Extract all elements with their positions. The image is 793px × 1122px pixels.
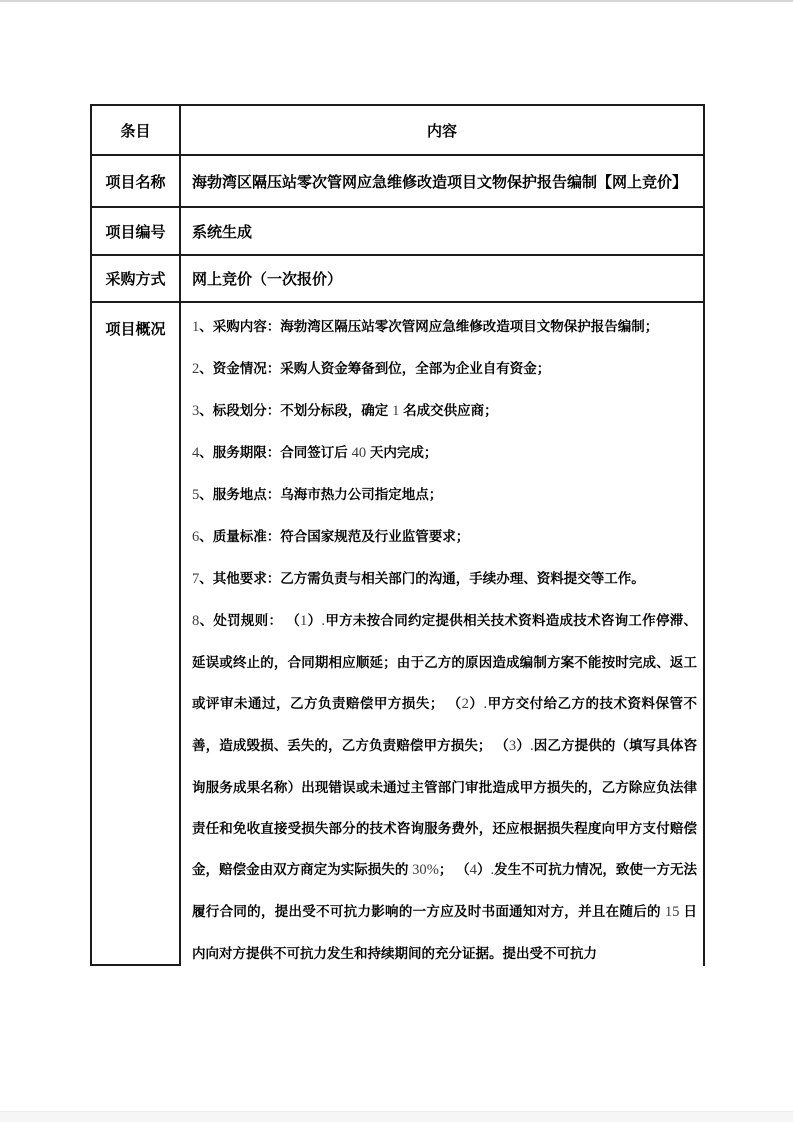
project-overview-content: 1、采购内容：海勃湾区隔压站零次管网应急维修改造项目文物保护报告编制； 2、资金… <box>181 303 703 966</box>
procurement-method-value: 网上竞价（一次报价） <box>181 256 703 301</box>
overview-item-lot-division: 3、标段划分：不划分标段，确定 1 名成交供应商； <box>192 390 697 432</box>
overview-item-funding-status: 2、资金情况：采购人资金筹备到位，全部为企业自有资金； <box>192 348 697 390</box>
project-number-label: 项目编号 <box>92 208 181 254</box>
header-content-column-label: 内容 <box>181 106 703 154</box>
project-name-label: 项目名称 <box>92 156 181 206</box>
page-bottom-gap <box>0 1111 793 1122</box>
overview-item-service-location: 5、服务地点：乌海市热力公司指定地点； <box>192 474 697 516</box>
row-project-name: 项目名称 海勃湾区隔压站零次管网应急维修改造项目文物保护报告编制【网上竞价】 <box>92 156 703 208</box>
overview-item-procurement-content: 1、采购内容：海勃湾区隔压站零次管网应急维修改造项目文物保护报告编制； <box>192 306 697 348</box>
overview-item-other-requirements: 7、其他要求：乙方需负责与相关部门的沟通，手续办理、资料提交等工作。 <box>192 558 697 600</box>
document-page: 条目 内容 项目名称 海勃湾区隔压站零次管网应急维修改造项目文物保护报告编制【网… <box>0 0 793 1122</box>
project-name-value: 海勃湾区隔压站零次管网应急维修改造项目文物保护报告编制【网上竞价】 <box>181 156 703 206</box>
row-project-number: 项目编号 系统生成 <box>92 208 703 256</box>
project-overview-label: 项目概况 <box>92 303 181 966</box>
procurement-info-table: 条目 内容 项目名称 海勃湾区隔压站零次管网应急维修改造项目文物保护报告编制【网… <box>90 104 705 966</box>
overview-item-service-period: 4、服务期限：合同签订后 40 天内完成； <box>192 432 697 474</box>
row-procurement-method: 采购方式 网上竞价（一次报价） <box>92 256 703 303</box>
table-header-row: 条目 内容 <box>92 106 703 156</box>
overview-item-quality-standard: 6、质量标准：符合国家规范及行业监管要求； <box>192 516 697 558</box>
page-top-edge-divider <box>0 0 793 2</box>
procurement-method-label: 采购方式 <box>92 256 181 301</box>
project-number-value: 系统生成 <box>181 208 703 254</box>
overview-item-penalty-rules: 8、处罚规则： （1）.甲方未按合同约定提供相关技术资料造成技术咨询工作停滞、延… <box>192 600 697 974</box>
header-item-column-label: 条目 <box>92 106 181 154</box>
row-project-overview: 项目概况 1、采购内容：海勃湾区隔压站零次管网应急维修改造项目文物保护报告编制；… <box>92 303 703 966</box>
